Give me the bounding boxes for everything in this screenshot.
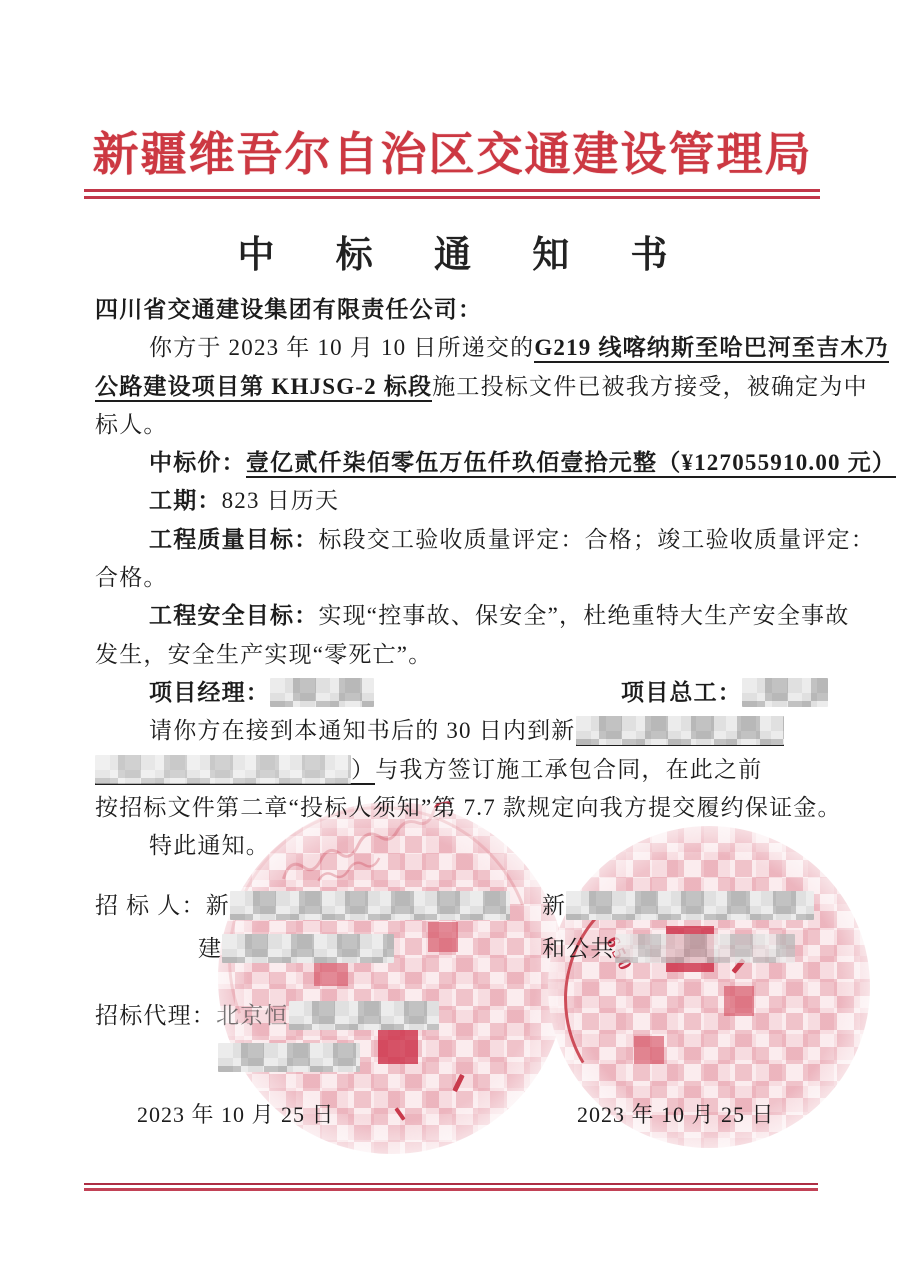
safety-goal-line-1: 工程安全目标：实现“控事故、保安全”，杜绝重特大生产安全事故 <box>95 597 821 635</box>
price-value: 壹亿贰仟柒佰零伍万伍仟玖佰壹拾元整（¥127055910.00 元） <box>246 450 896 478</box>
safety-goal-line-2: 发生，安全生产实现“零死亡”。 <box>95 636 821 674</box>
bidder-name-fragment-2: 建 <box>198 936 222 961</box>
redacted-bidder2-name <box>566 891 814 920</box>
project-manager-label: 项目经理： <box>149 680 270 705</box>
date-left: 2023 年 10 月 25 日 <box>137 1098 335 1129</box>
paragraph-1-line-2: 公路建设项目第 KHJSG-2 标段施工投标文件已被我方接受，被确定为中 <box>95 368 821 406</box>
closing-line: 特此通知。 <box>95 827 821 865</box>
duration-value: 823 日历天 <box>222 488 340 513</box>
notice-line-1: 请你方在接到本通知书后的 30 日内到新 <box>95 712 821 750</box>
bidder2-name-fragment: 新 <box>542 893 566 918</box>
agent-label: 招标代理： <box>95 1003 216 1028</box>
document-body: 四川省交通建设集团有限责任公司： 你方于 2023 年 10 月 10 日所递交… <box>95 291 821 865</box>
redacted-bidder2-name-2 <box>615 934 795 963</box>
date-right: 2023 年 10 月 25 日 <box>577 1098 775 1129</box>
footer-double-rule <box>84 1183 818 1191</box>
redacted-project-manager-name <box>270 678 374 707</box>
project-name-part-2: 公路建设项目第 KHJSG-2 标段 <box>95 374 432 402</box>
price-label: 中标价： <box>149 450 246 475</box>
bidder-row-2: 建 和公共 <box>95 933 821 965</box>
agent-row-1: 招标代理：北京恒 <box>95 1000 821 1032</box>
duration-label: 工期： <box>149 488 222 513</box>
quality-goal-line-2: 合格。 <box>95 559 821 597</box>
safety-label: 工程安全目标： <box>149 603 318 628</box>
award-price-line: 中标价：壹亿贰仟柒佰零伍万伍仟玖佰壹拾元整（¥127055910.00 元） <box>95 444 821 482</box>
document-title: 中 标 通 知 书 <box>0 224 905 278</box>
quality-label: 工程质量目标： <box>149 527 318 552</box>
salutation: 四川省交通建设集团有限责任公司： <box>95 291 821 329</box>
redacted-agent-name <box>289 1001 439 1030</box>
redacted-address-part-1 <box>576 716 784 745</box>
notice-line-2: ）与我方签订施工承包合同，在此之前 <box>95 751 821 789</box>
bidder-name-fragment: 新 <box>206 893 230 918</box>
redacted-bidder-name-2 <box>222 934 394 963</box>
paragraph-1-line-3: 标人。 <box>95 406 821 444</box>
quality-goal-line-1: 工程质量目标：标段交工验收质量评定：合格；竣工验收质量评定： <box>95 521 821 559</box>
organization-title: 新疆维吾尔自治区交通建设管理局 <box>0 118 905 184</box>
redacted-agent-name-2 <box>218 1043 360 1072</box>
agent-name-fragment: 北京恒 <box>216 1003 289 1028</box>
bidder-row-1: 招 标 人：新 新 <box>95 890 821 922</box>
paragraph-1-line-1: 你方于 2023 年 10 月 10 日所递交的G219 线喀纳斯至哈巴河至吉木… <box>95 329 821 367</box>
duration-line: 工期：823 日历天 <box>95 482 821 520</box>
bidder-label: 招 标 人： <box>95 893 206 918</box>
header-double-rule <box>84 189 820 199</box>
chief-engineer-label: 项目总工： <box>621 680 742 705</box>
scanned-document-page: 650 新疆维吾尔自治区交通建设管理局 中 标 通 知 书 四川省交通建设集团有… <box>0 0 905 1280</box>
agent-row-2 <box>95 1042 821 1074</box>
manager-line: 项目经理：项目总工： <box>95 674 821 712</box>
bidder2-name-fragment-2: 和公共 <box>542 936 615 961</box>
notice-line-3: 按招标文件第二章“投标人须知”第 7.7 款规定向我方提交履约保证金。 <box>95 789 821 827</box>
redacted-address-part-2 <box>95 755 351 784</box>
project-name-part-1: G219 线喀纳斯至哈巴河至吉木乃 <box>534 335 889 363</box>
redacted-bidder-name <box>230 891 510 920</box>
redacted-chief-engineer-name <box>742 678 828 707</box>
